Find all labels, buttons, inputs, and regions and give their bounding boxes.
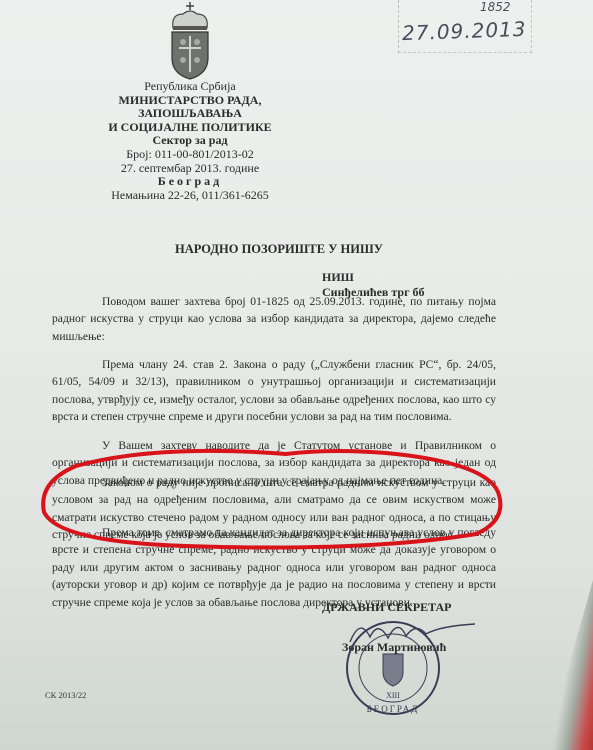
ministry-name-3: И СОЦИЈАЛНЕ ПОЛИТИКЕ — [80, 121, 300, 135]
receipt-date: 27.09.2013 — [402, 17, 527, 45]
paragraph-5: Према томе, сматрамо да кандидат за дире… — [52, 524, 496, 611]
coat-of-arms-icon — [165, 2, 215, 80]
paragraph-text: Према члану 24. став 2. Закона о раду („… — [52, 356, 496, 426]
ministry-name-1: МИНИСТАРСТВО РАДА, — [80, 94, 300, 108]
ministry-name-2: ЗАПОШЉАВАЊА — [80, 107, 300, 121]
paragraph-text: Према томе, сматрамо да кандидат за дире… — [52, 524, 496, 611]
recipient-city: НИШ — [322, 270, 425, 285]
header-city: Београд — [80, 175, 300, 189]
paragraph-1: Поводом вашег захтева број 01-1825 од 25… — [52, 293, 496, 345]
svg-text:XIII: XIII — [386, 691, 400, 700]
letterhead: Република Србија МИНИСТАРСТВО РАДА, ЗАПО… — [80, 80, 300, 202]
official-seal: XIII БЕОГРАД — [343, 618, 443, 718]
paragraph-2: Према члану 24. став 2. Закона о раду („… — [52, 356, 496, 426]
document-date: 27. септембар 2013. године — [80, 162, 300, 176]
scanned-letter: 1852 27.09.2013 Република Србија МИНИСТА… — [0, 0, 593, 750]
footer-code: СК 2013/22 — [45, 690, 86, 700]
document-number: Број: 011-00-801/2013-02 — [80, 148, 300, 162]
header-address: Немањина 22-26, 011/361-6265 — [80, 189, 300, 203]
paragraph-text: Поводом вашег захтева број 01-1825 од 25… — [52, 293, 496, 345]
svg-text:БЕОГРАД: БЕОГРАД — [367, 704, 420, 714]
photo-edge-shadow — [533, 580, 593, 750]
country-name: Република Србија — [80, 80, 300, 94]
recipient-name: НАРОДНО ПОЗОРИШТЕ У НИШУ — [175, 242, 383, 257]
receipt-number: 1852 — [480, 0, 511, 14]
sector-name: Сектор за рад — [80, 134, 300, 148]
